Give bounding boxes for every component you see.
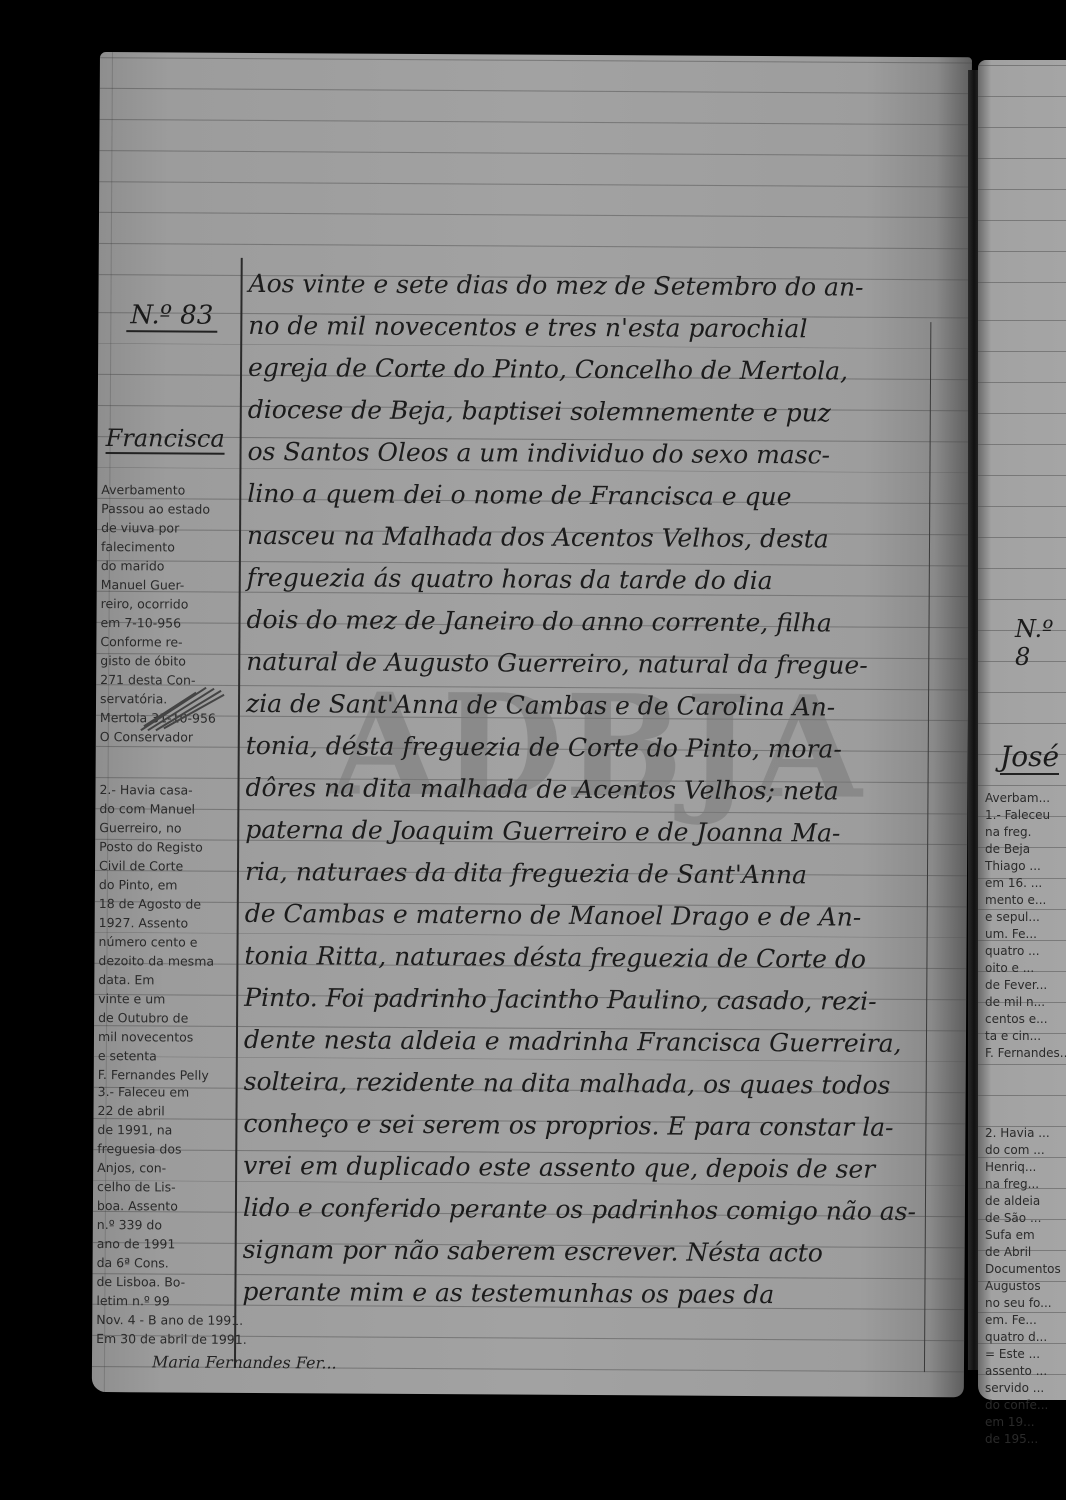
- adjacent-margin-note-1: Averbam... 1.- Faleceu na freg. de Beja …: [985, 790, 1066, 1062]
- margin-note-3: 3.- Faleceu em 22 de abril de 1991, na f…: [96, 1082, 236, 1349]
- body-line: no de mil novecentos e tres n'esta paroc…: [248, 305, 938, 351]
- note-line: n.º 339 do: [97, 1215, 235, 1235]
- body-line: ria, naturaes da dita freguezia de Sant'…: [245, 851, 935, 897]
- note-line: Manuel Guer-: [101, 575, 239, 595]
- body-line: de Cambas e materno de Manoel Drago e de…: [245, 893, 935, 939]
- note-line: ta e cin...: [985, 1028, 1066, 1045]
- note-line: mento e...: [985, 892, 1066, 909]
- note-line: do Pinto, em: [99, 875, 237, 895]
- note-line: oito e ...: [985, 960, 1066, 977]
- note-line: servido ...: [985, 1380, 1061, 1397]
- note-line: quatro d...: [985, 1329, 1061, 1346]
- note-line: 2. Havia ...: [985, 1125, 1061, 1142]
- entry-name: Francisca: [106, 424, 225, 455]
- entry-body: Aos vinte e sete dias do mez de Setembro…: [242, 263, 938, 1317]
- note-line: do com Manuel: [99, 799, 237, 819]
- body-line: tonia Ritta, naturaes désta freguezia de…: [244, 935, 934, 981]
- note-line: boa. Assento: [97, 1196, 235, 1216]
- note-line: da 6ª Cons.: [97, 1253, 235, 1273]
- body-line: dôres na dita malhada de Acentos Velhos;…: [245, 767, 935, 813]
- body-line: paterna de Joaquim Guerreiro e de Joanna…: [245, 809, 935, 855]
- note-line: 22 de abril: [97, 1101, 235, 1121]
- note-line: Em 30 de abril de 1991.: [96, 1329, 234, 1349]
- note-line: Averbamento: [101, 480, 239, 500]
- body-line: os Santos Oleos a um individuo do sexo m…: [247, 431, 937, 477]
- note-line: e sepul...: [985, 909, 1066, 926]
- body-line: Pinto. Foi padrinho Jacintho Paulino, ca…: [244, 977, 934, 1023]
- body-line: conheço e sei serem os proprios. E para …: [243, 1103, 933, 1149]
- note-line: um. Fe...: [985, 926, 1066, 943]
- note-line: = Este ...: [985, 1346, 1061, 1363]
- note-line: em. Fe...: [985, 1312, 1061, 1329]
- note-line: de mil n...: [985, 994, 1066, 1011]
- note-line: mil novecentos: [98, 1027, 236, 1047]
- body-line: vrei em duplicado este assento que, depo…: [243, 1145, 933, 1191]
- note-line: de Beja: [985, 841, 1066, 858]
- body-line: natural de Augusto Guerreiro, natural da…: [246, 641, 936, 687]
- note-line: Conforme re-: [100, 632, 238, 652]
- note-line: do confe...: [985, 1397, 1061, 1414]
- note-line: em 7-10-956: [100, 613, 238, 633]
- note-line: em 19...: [985, 1414, 1061, 1431]
- note-line: freguesia dos: [97, 1139, 235, 1159]
- note-line: e setenta: [98, 1046, 236, 1066]
- note-line: F. Fernandes...: [985, 1045, 1066, 1062]
- note-line: Sufa em: [985, 1227, 1061, 1244]
- note-line: na freg.: [985, 824, 1066, 841]
- note-line: no seu fo...: [985, 1295, 1061, 1312]
- body-line: Aos vinte e sete dias do mez de Setembro…: [248, 263, 938, 309]
- note-line: 3.- Faleceu em: [98, 1082, 236, 1102]
- body-line: lido e conferido perante os padrinhos co…: [243, 1187, 933, 1233]
- body-line: diocese de Beja, baptisei solemnemente e…: [248, 389, 938, 435]
- note-line: letim n.º 99: [96, 1291, 234, 1311]
- note-line: 1927. Assento: [99, 913, 237, 933]
- note-line: Posto do Registo: [99, 837, 237, 857]
- body-line: nasceu na Malhada dos Acentos Velhos, de…: [247, 515, 937, 561]
- note-line: Passou ao estado: [101, 499, 239, 519]
- note-line: vinte e um: [98, 989, 236, 1009]
- note-line: Thiago ...: [985, 858, 1066, 875]
- note-line: de Abril: [985, 1244, 1061, 1261]
- note-line: Guerreiro, no: [99, 818, 237, 838]
- body-line: zia de Sant'Anna de Cambas e de Carolina…: [246, 683, 936, 729]
- adjacent-margin-note-2: 2. Havia ... do com ... Henriq... na fre…: [985, 1125, 1061, 1448]
- note-line: quatro ...: [985, 943, 1066, 960]
- note-line: Anjos, con-: [97, 1158, 235, 1178]
- note-line: em 16. ...: [985, 875, 1066, 892]
- note-line: de 1991, na: [97, 1120, 235, 1140]
- body-line: dente nesta aldeia e madrinha Francisca …: [244, 1019, 934, 1065]
- note-line: gisto de óbito: [100, 651, 238, 671]
- note-line: do com ...: [985, 1142, 1061, 1159]
- margin-note-2: 2.- Havia casa- do com Manuel Guerreiro,…: [98, 780, 238, 1085]
- note-line: Civil de Corte: [99, 856, 237, 876]
- note-line: de aldeia: [985, 1193, 1061, 1210]
- body-line: signam por não saberem escrever. Nésta a…: [243, 1229, 933, 1275]
- body-line: freguezia ás quatro horas da tarde do di…: [247, 557, 937, 603]
- adjacent-entry-number: N.º 8: [1015, 615, 1066, 671]
- body-line: lino a quem dei o nome de Francisca e qu…: [247, 473, 937, 519]
- body-line: solteira, rezidente na dita malhada, os …: [244, 1061, 934, 1107]
- note-line: assento ...: [985, 1363, 1061, 1380]
- note-line: de viuva por: [101, 518, 239, 538]
- note-line: Averbam...: [985, 790, 1066, 807]
- note-line: dezoito da mesma: [98, 951, 236, 971]
- note-line: na freg...: [985, 1176, 1061, 1193]
- note-line: celho de Lis-: [97, 1177, 235, 1197]
- entry-number: N.º 83: [126, 300, 217, 333]
- register-page: ADBJA N.º 83 Francisca Averbamento Passo…: [92, 52, 972, 1397]
- note-line: 18 de Agosto de: [99, 894, 237, 914]
- body-line: perante mim e as testemunhas os paes da: [242, 1271, 932, 1317]
- note-line: de Outubro de: [98, 1008, 236, 1028]
- note-line: do marido: [101, 556, 239, 576]
- note-line: 1.- Faleceu: [985, 807, 1066, 824]
- note-line: 2.- Havia casa-: [99, 780, 237, 800]
- note-line: falecimento: [101, 537, 239, 557]
- note-line: de Fever...: [985, 977, 1066, 994]
- registrar-signature: Maria Fernandes Fer...: [152, 1352, 337, 1372]
- note-line: Augustos: [985, 1278, 1061, 1295]
- note-line: data. Em: [98, 970, 236, 990]
- note-line: de 195...: [985, 1431, 1061, 1448]
- note-line: Henriq...: [985, 1159, 1061, 1176]
- note-line: Documentos: [985, 1261, 1061, 1278]
- body-line: tonia, désta freguezia de Corte do Pinto…: [246, 725, 936, 771]
- adjacent-entry-name: José: [1000, 740, 1059, 775]
- signature-scribble: [136, 682, 226, 733]
- note-line: reiro, ocorrido: [101, 594, 239, 614]
- body-line: dois do mez de Janeiro do anno corrente,…: [246, 599, 936, 645]
- body-line: egreja de Corte do Pinto, Concelho de Me…: [248, 347, 938, 393]
- note-line: centos e...: [985, 1011, 1066, 1028]
- note-line: de Lisboa. Bo-: [96, 1272, 234, 1292]
- note-line: de São ...: [985, 1210, 1061, 1227]
- note-line: Nov. 4 - B ano de 1991.: [96, 1310, 234, 1330]
- note-line: número cento e: [99, 932, 237, 952]
- note-line: ano de 1991: [97, 1234, 235, 1254]
